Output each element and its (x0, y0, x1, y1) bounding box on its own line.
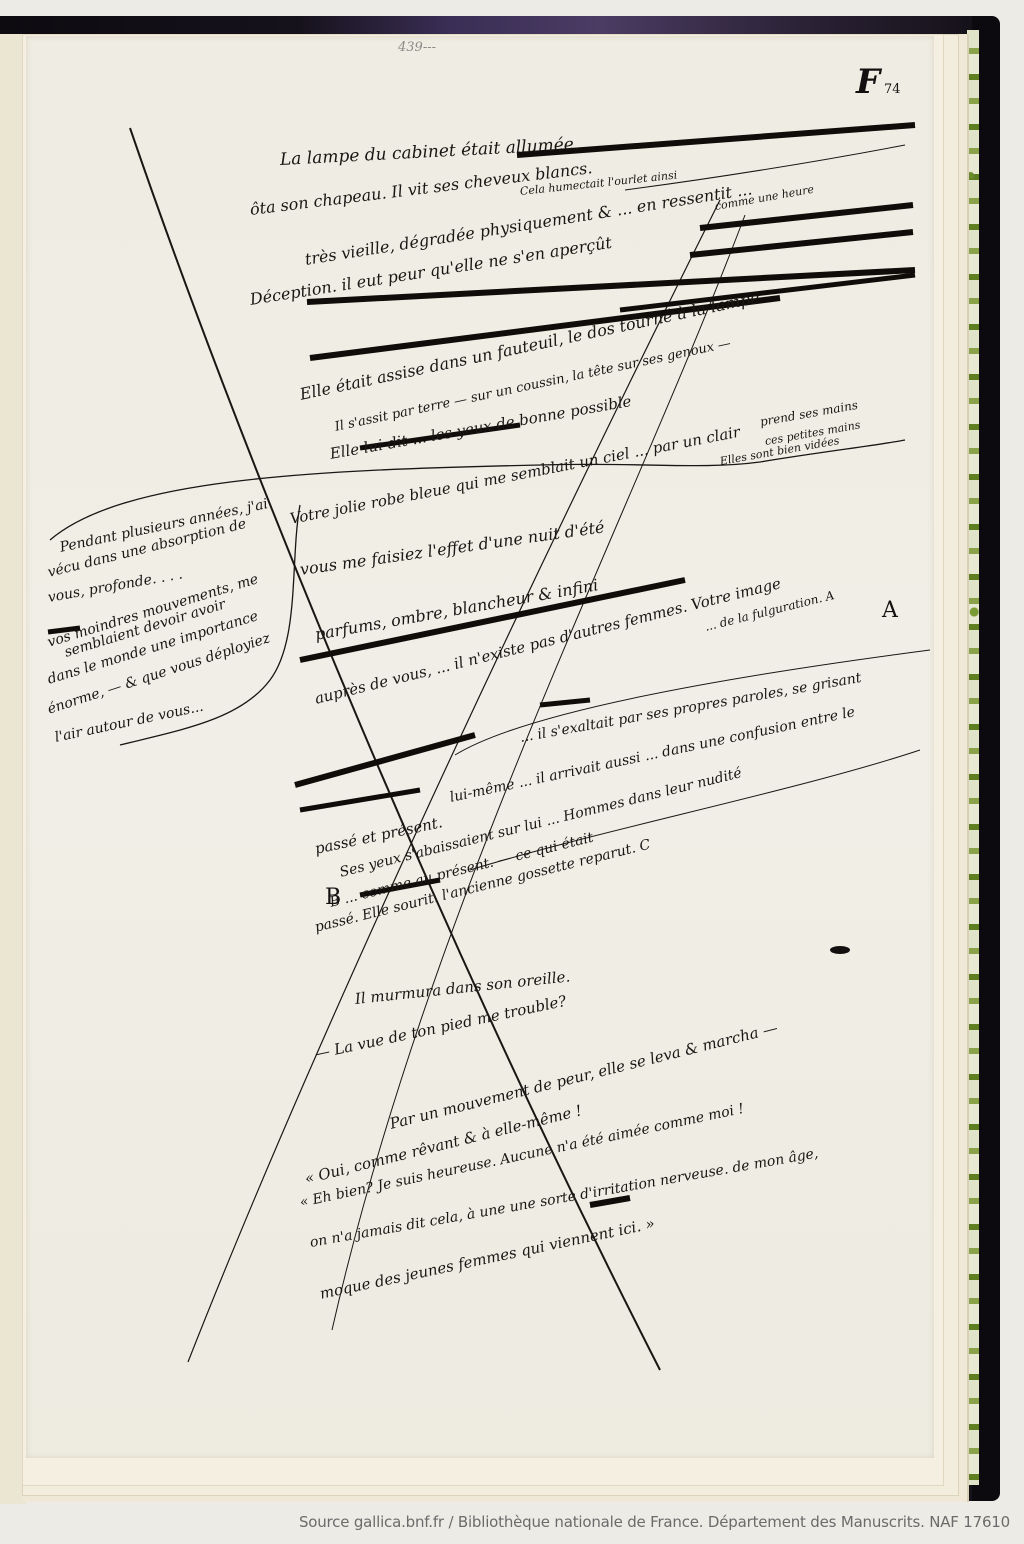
manuscript-viewer: 439--- F 74 La lampe du cabinet était al… (0, 0, 1024, 1544)
margin-letter-b: B (325, 885, 341, 910)
manuscript-page (26, 36, 934, 1458)
pencil-folio-number: 439--- (398, 40, 436, 55)
ink-folio-letter: F (856, 62, 880, 102)
source-credit: Source gallica.bnf.fr / Bibliothèque nat… (0, 1513, 1010, 1531)
margin-letter-a: A (882, 598, 898, 623)
ink-folio-number: 74 (884, 82, 901, 97)
